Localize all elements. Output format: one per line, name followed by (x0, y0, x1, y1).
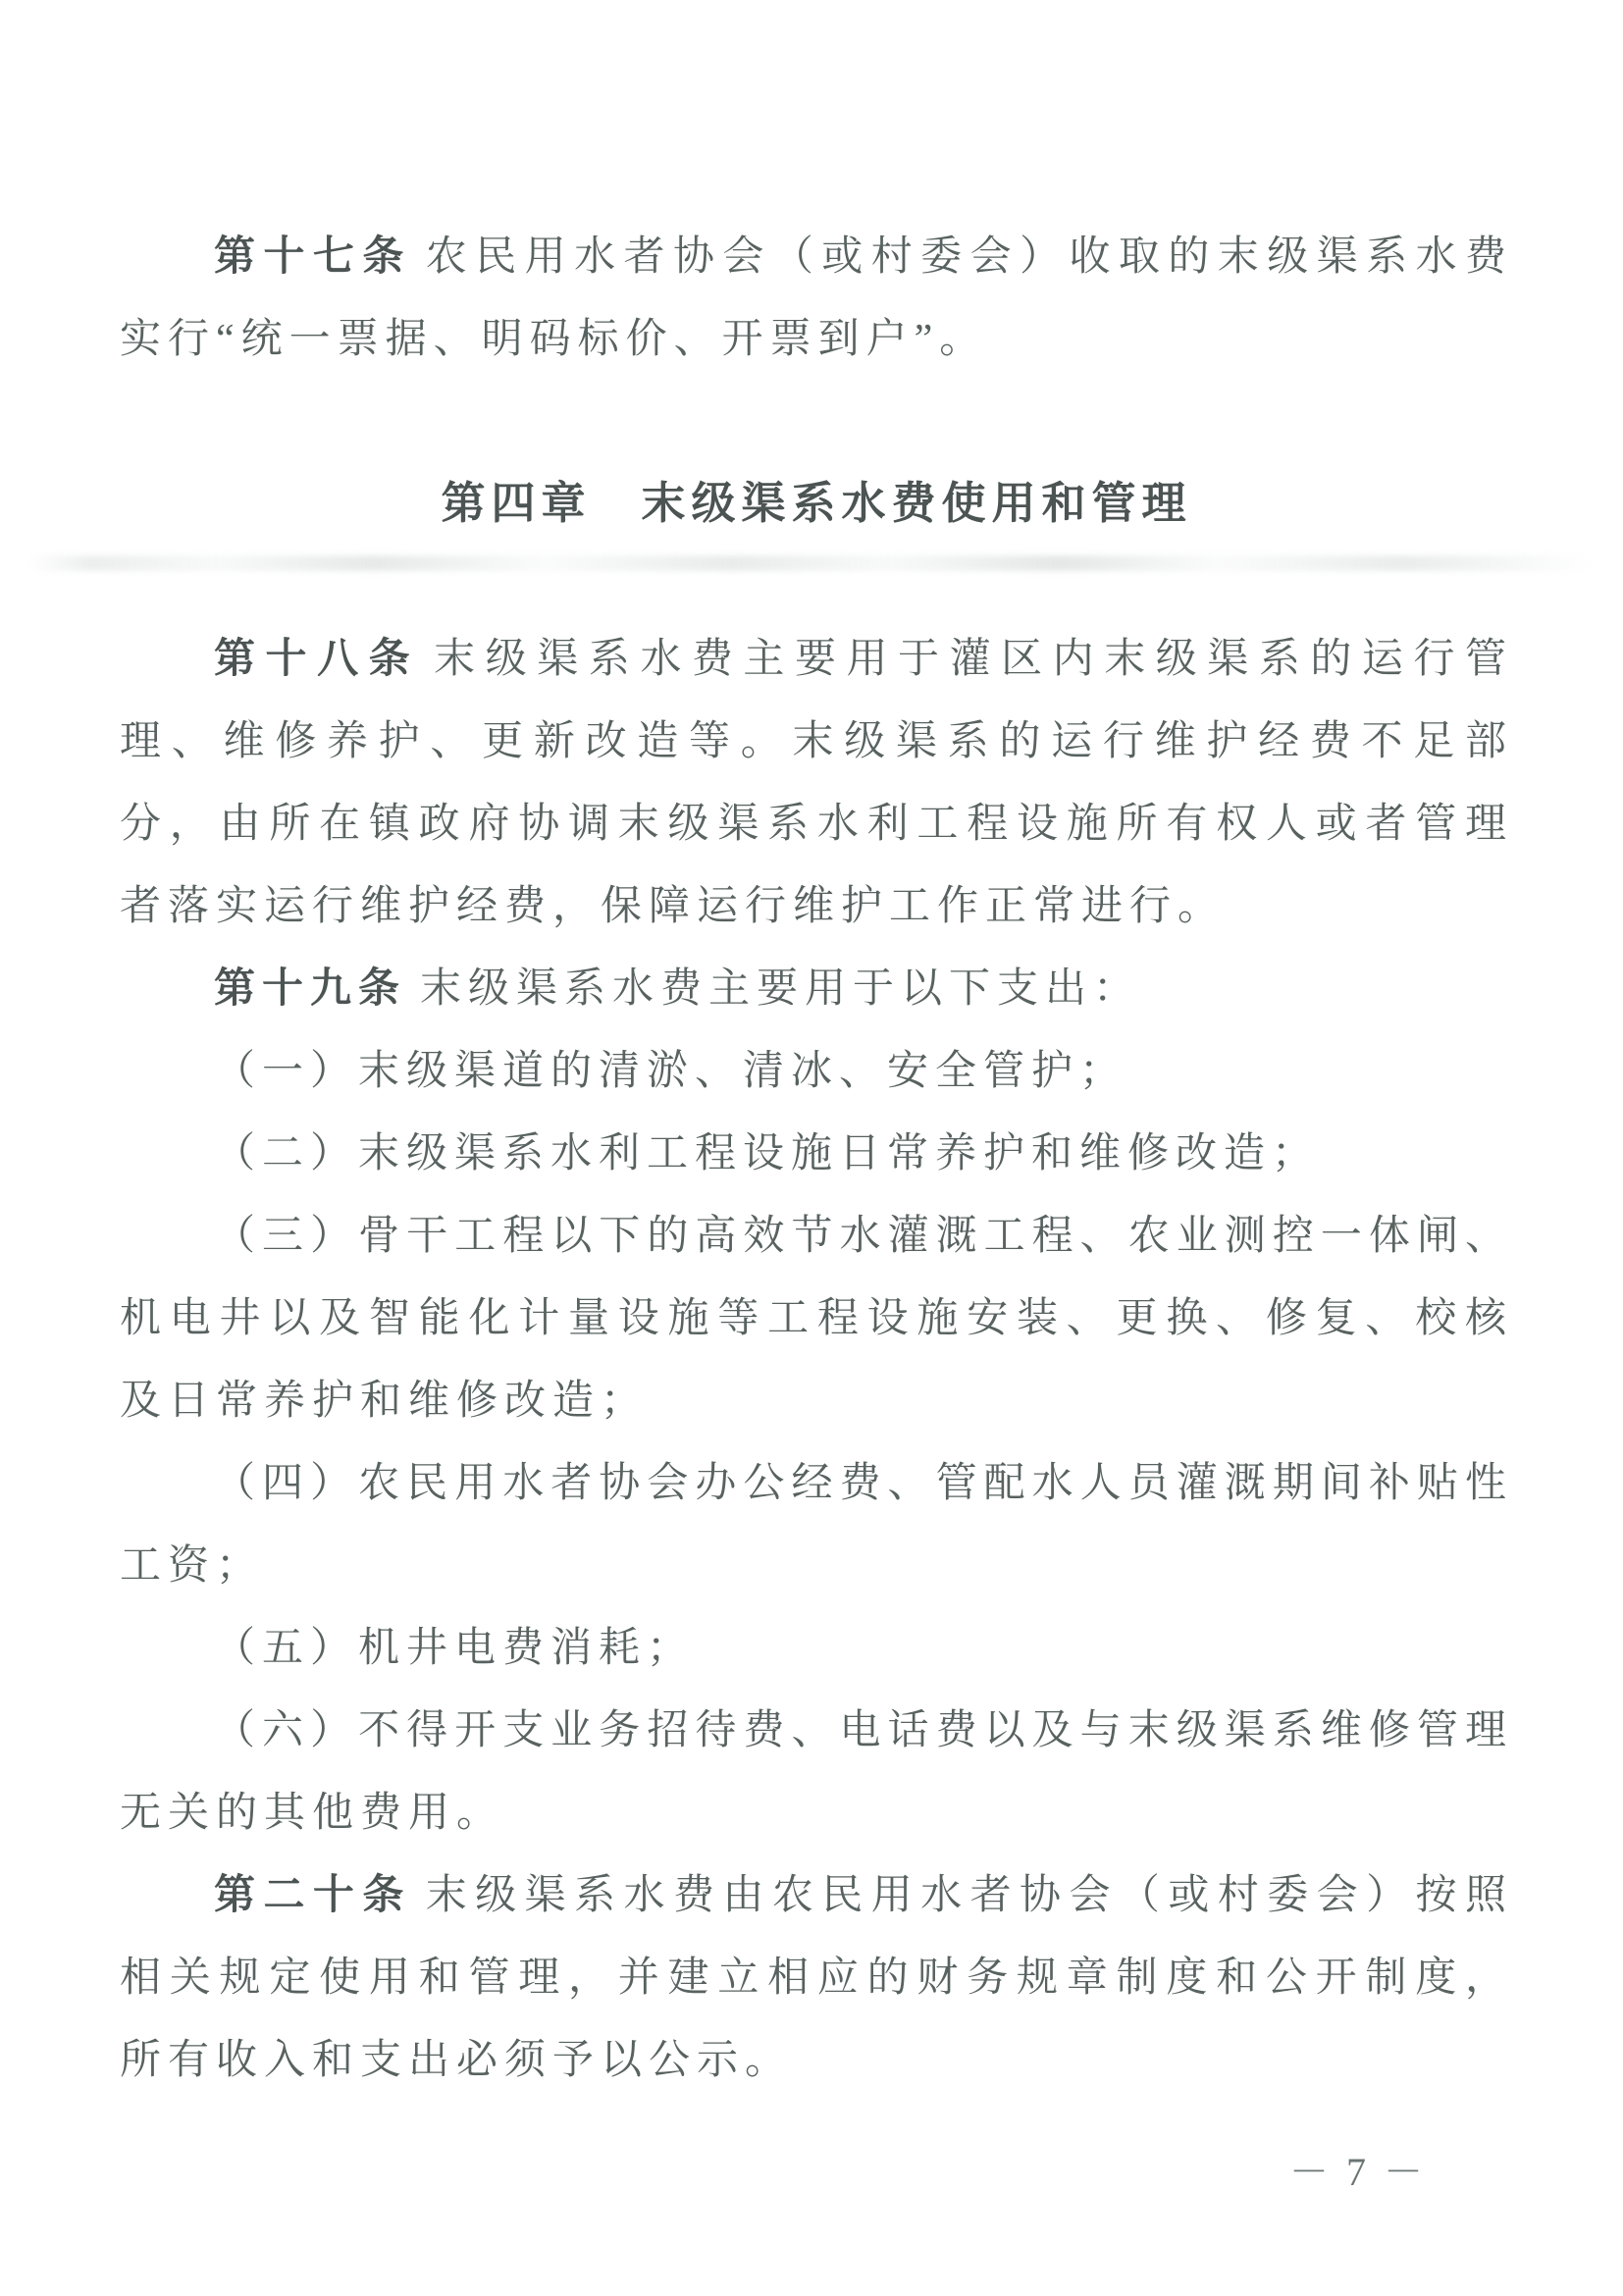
list-item-5: （五）机井电费消耗； (120, 1607, 1513, 1690)
list-item-1: （一）末级渠道的清淤、清冰、安全管护； (120, 1030, 1513, 1113)
chapter-heading: 第四章 末级渠系水费使用和管理 (120, 459, 1513, 548)
article-number-19: 第十九条 (214, 966, 406, 1012)
list-item-2: （二）末级渠系水利工程设施日常养护和维修改造； (120, 1113, 1513, 1195)
article-paragraph-20: 第二十条末级渠系水费由农民用水者协会（或村委会）按照相关规定使用和管理，并建立相… (120, 1854, 1513, 2102)
document-page: 第十七条农民用水者协会（或村委会）收取的末级渠系水费实行“统一票据、明码标价、开… (120, 216, 1513, 2102)
article-text-19: 末级渠系水费主要用于以下支出： (420, 966, 1141, 1012)
article-paragraph-18: 第十八条末级渠系水费主要用于灌区内末级渠系的运行管理、维修养护、更新改造等。末级… (120, 618, 1513, 948)
list-item-6: （六）不得开支业务招待费、电话费以及与末级渠系维修管理无关的其他费用。 (120, 1690, 1513, 1854)
page-number: － 7 － (1289, 2141, 1427, 2197)
article-paragraph-17: 第十七条农民用水者协会（或村委会）收取的末级渠系水费实行“统一票据、明码标价、开… (120, 216, 1513, 381)
article-paragraph-19: 第十九条末级渠系水费主要用于以下支出： (120, 948, 1513, 1030)
article-number-20: 第二十条 (214, 1873, 412, 1918)
article-number-17: 第十七条 (214, 235, 412, 280)
article-number-18: 第十八条 (214, 637, 420, 682)
list-item-4: （四）农民用水者协会办公经费、管配水人员灌溉期间补贴性工资； (120, 1442, 1513, 1607)
list-item-3: （三）骨干工程以下的高效节水灌溉工程、农业测控一体闸、机电井以及智能化计量设施等… (120, 1195, 1513, 1442)
